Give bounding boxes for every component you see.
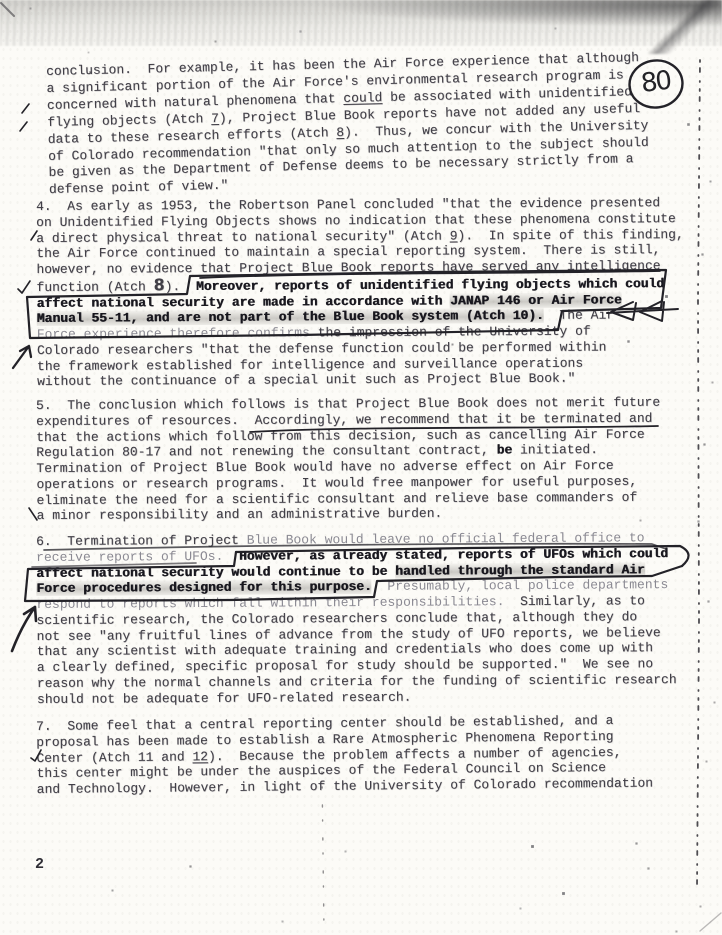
text-segment: the impression of the University of bbox=[310, 324, 591, 341]
scan-corner-smudge bbox=[648, 0, 722, 54]
text-segment: ). In spite of this finding, bbox=[457, 227, 683, 243]
text-segment: affect national security are made in acc… bbox=[37, 293, 451, 311]
text-segment: initiated. bbox=[512, 442, 598, 457]
text-segment: JANAP 146 or Air Force bbox=[450, 292, 622, 308]
text-segment: affect national security would continue … bbox=[36, 563, 395, 580]
text-segment: be bbox=[497, 443, 513, 458]
scanned-document-page: conclusion. For example, it has been the… bbox=[0, 0, 722, 935]
scan-dotted-fold-center bbox=[322, 772, 324, 932]
text-segment: should not be adequate for UFO-related r… bbox=[37, 689, 412, 706]
text-segment: Presumably, local police departments bbox=[387, 577, 668, 594]
page-stamp-number: 80 bbox=[639, 65, 676, 99]
margin-arrow-icon-1 bbox=[13, 346, 31, 368]
text-segment: Force procedures designed for this purpo… bbox=[36, 579, 372, 596]
text-segment: Center (Atch 11 and bbox=[36, 749, 192, 766]
scan-noise-band bbox=[0, 0, 722, 46]
paragraph-conclusion: conclusion. For example, it has been the… bbox=[46, 50, 650, 199]
text-segment: The Air bbox=[544, 308, 614, 323]
text-segment: 8 bbox=[153, 275, 164, 294]
scan-dotted-edge-right bbox=[697, 60, 700, 888]
text-segment: Moreover, reports of unidentified flying… bbox=[196, 276, 664, 294]
page-number: 2 bbox=[35, 856, 44, 873]
text-segment: 12 bbox=[192, 749, 208, 764]
text-segment: ). bbox=[165, 279, 196, 294]
text-segment: function (Atch bbox=[36, 279, 153, 295]
text-segment: reason why the normal channels and crite… bbox=[37, 672, 677, 691]
text-segment bbox=[372, 579, 388, 594]
scan-corner-mark-bottom-right bbox=[700, 913, 721, 931]
text-segment: a direct physical threat to national sec… bbox=[36, 228, 450, 246]
text-segment: Blue Book would leave no official federa… bbox=[247, 530, 645, 547]
text-segment: without the continuance of a special uni… bbox=[37, 371, 575, 389]
document-line: without the continuance of a special uni… bbox=[37, 370, 685, 390]
paragraph-4: 4. As early as 1953, the Robertson Panel… bbox=[36, 195, 685, 390]
text-segment: handled through the standard Air bbox=[395, 562, 645, 579]
text-segment: Force experience therefore confirms bbox=[37, 325, 310, 342]
margin-arrow-icon-2 bbox=[12, 607, 36, 651]
document-line: should not be adequate for UFO-related r… bbox=[37, 688, 677, 708]
paragraph-5: 5. The conclusion which follows is that … bbox=[36, 395, 661, 524]
text-segment: defense point of view." bbox=[49, 178, 229, 197]
document-line: a minor responsibility and an administra… bbox=[37, 505, 661, 524]
text-segment: 6. Termination of Project bbox=[36, 533, 247, 549]
text-segment: receive reports of UFOs. bbox=[36, 549, 239, 565]
paragraph-7: 7. Some feel that a central reporting ce… bbox=[36, 713, 653, 798]
text-segment: eliminate the need for a scientific cons… bbox=[36, 489, 637, 507]
text-segment: a minor responsibility and an administra… bbox=[37, 506, 443, 523]
text-segment: However, as already stated, reports of U… bbox=[239, 546, 668, 564]
paragraph-6: 6. Termination of Project Blue Book woul… bbox=[36, 530, 677, 707]
text-segment: could bbox=[343, 90, 382, 106]
text-segment: flying objects (Atch bbox=[47, 111, 211, 130]
text-segment: Similarly, as to bbox=[504, 593, 645, 609]
scan-speckles bbox=[0, 0, 1, 1]
text-segment: Regulation 80-17 and not renewing the co… bbox=[36, 443, 496, 460]
